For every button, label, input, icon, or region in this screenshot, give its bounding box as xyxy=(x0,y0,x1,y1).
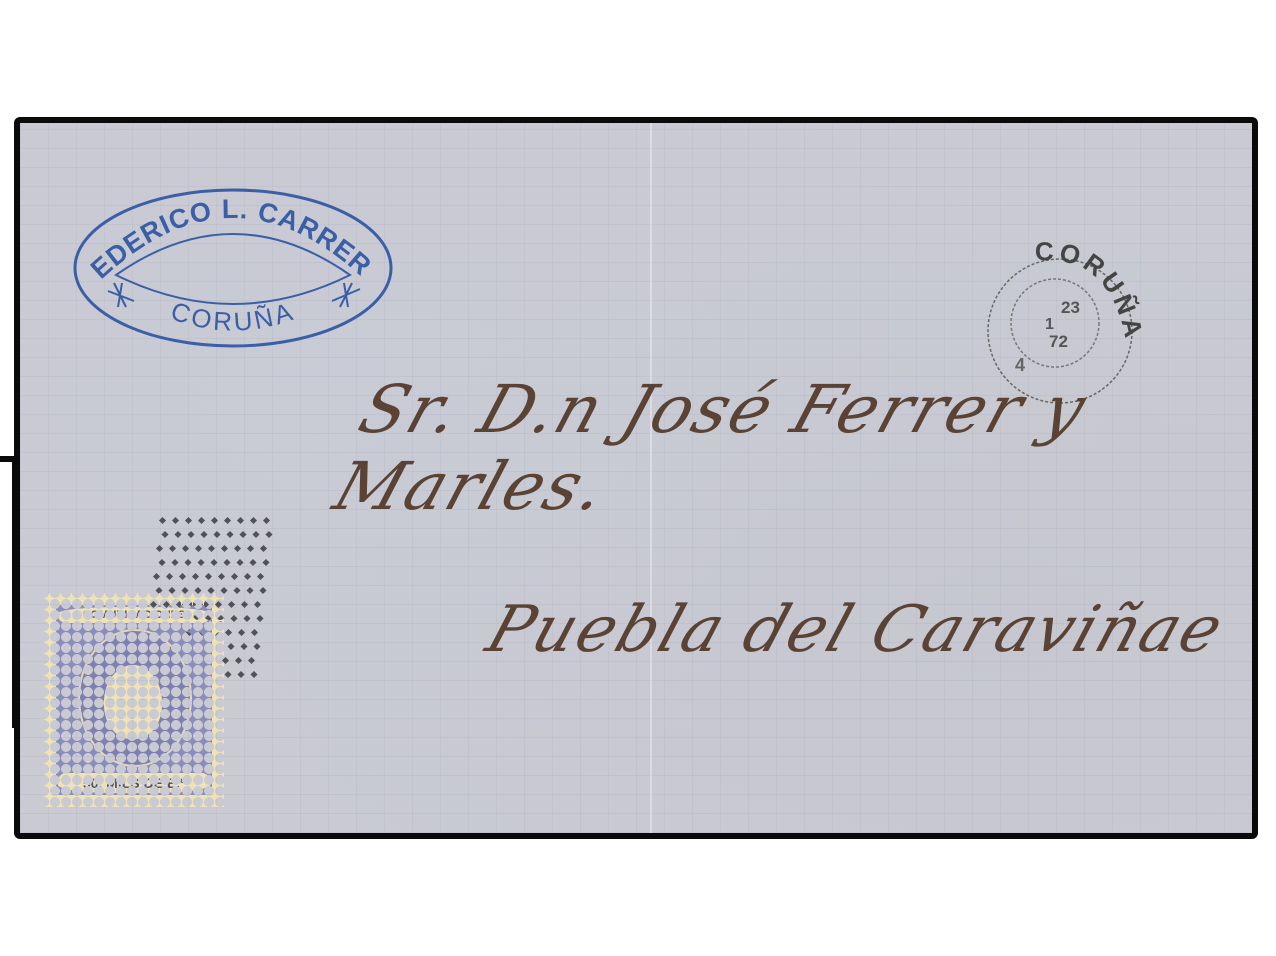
postmark-year: 72 xyxy=(1049,332,1068,351)
letter-cover: FEDERICO L. CARRERO CORUÑA CORUÑA 23 1 7… xyxy=(14,117,1258,839)
svg-text:CORUÑA: CORUÑA xyxy=(167,296,298,337)
postmark-day: 23 xyxy=(1061,298,1080,317)
stamp-design xyxy=(56,605,212,795)
oval-stamp-icon: FEDERICO L. CARRERO CORUÑA xyxy=(68,183,398,353)
sender-town: CORUÑA xyxy=(167,296,298,337)
cover-edge-notch xyxy=(0,456,18,728)
sender-handstamp: FEDERICO L. CARRERO CORUÑA xyxy=(68,183,398,353)
stamp-top-label: COMUNICACIONES xyxy=(58,607,210,623)
addressee-name: Sr. D.n José Ferrer y Marles. xyxy=(325,371,1258,525)
stamp-value-label: 50. MILS DE E.º xyxy=(58,773,210,793)
addressee-town: Puebla del Caraviñae xyxy=(478,593,1234,667)
allegory-portrait-icon xyxy=(104,665,162,739)
postage-stamp: COMUNICACIONES 50. MILS DE E.º xyxy=(44,593,224,807)
postmark-month: 1 xyxy=(1045,316,1054,333)
